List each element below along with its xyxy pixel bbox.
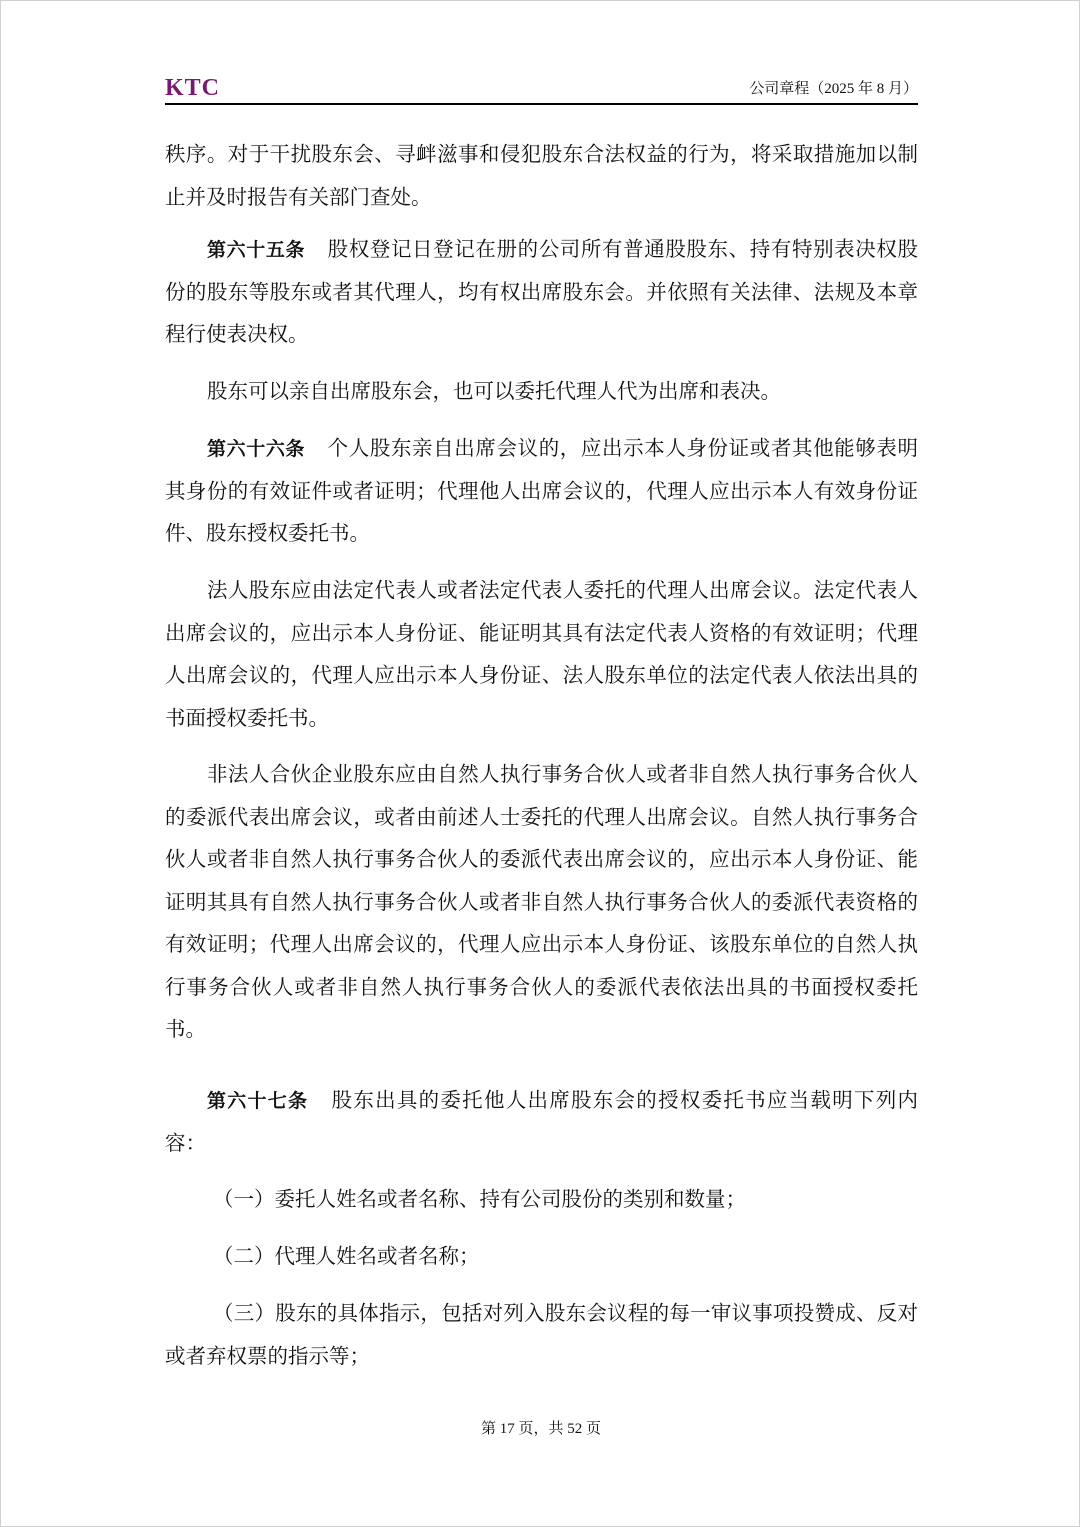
article-number: 第六十五条: [207, 239, 305, 261]
company-logo: KTC: [165, 75, 220, 101]
page-number: 第 17 页，共 52 页: [1, 1417, 1080, 1438]
article-66: 第六十六条个人股东亲自出席会议的，应出示本人身份证或者其他能够表明其身份的有效证…: [165, 428, 918, 556]
article-65: 第六十五条股权登记日登记在册的公司所有普通股股东、持有特别表决权股份的股东等股东…: [165, 229, 918, 357]
document-title: 公司章程（2025 年 8 月）: [749, 79, 918, 99]
list-item: （三）股东的具体指示，包括对列入股东会议程的每一审议事项投赞成、反对或者弃权票的…: [165, 1293, 918, 1378]
article-number: 第六十六条: [207, 438, 305, 460]
paragraph-continuation: 秩序。对于干扰股东会、寻衅滋事和侵犯股东合法权益的行为，将采取措施加以制止并及时…: [165, 134, 918, 219]
page-header: KTC 公司章程（2025 年 8 月）: [165, 75, 918, 105]
list-item: （二）代理人姓名或者名称；: [165, 1236, 918, 1279]
document-page: KTC 公司章程（2025 年 8 月） 秩序。对于干扰股东会、寻衅滋事和侵犯股…: [0, 0, 1080, 1527]
article-number: 第六十七条: [207, 1090, 308, 1112]
paragraph: 股东可以亲自出席股东会，也可以委托代理人代为出席和表决。: [165, 371, 918, 414]
paragraph: 法人股东应由法定代表人或者法定代表人委托的代理人出席会议。法定代表人出席会议的，…: [165, 570, 918, 740]
paragraph: 非法人合伙企业股东应由自然人执行事务合伙人或者非自然人执行事务合伙人的委派代表出…: [165, 754, 918, 1052]
article-67: 第六十七条股东出具的委托他人出席股东会的授权委托书应当载明下列内容：: [165, 1080, 918, 1165]
list-item: （一）委托人姓名或者名称、持有公司股份的类别和数量；: [165, 1179, 918, 1222]
